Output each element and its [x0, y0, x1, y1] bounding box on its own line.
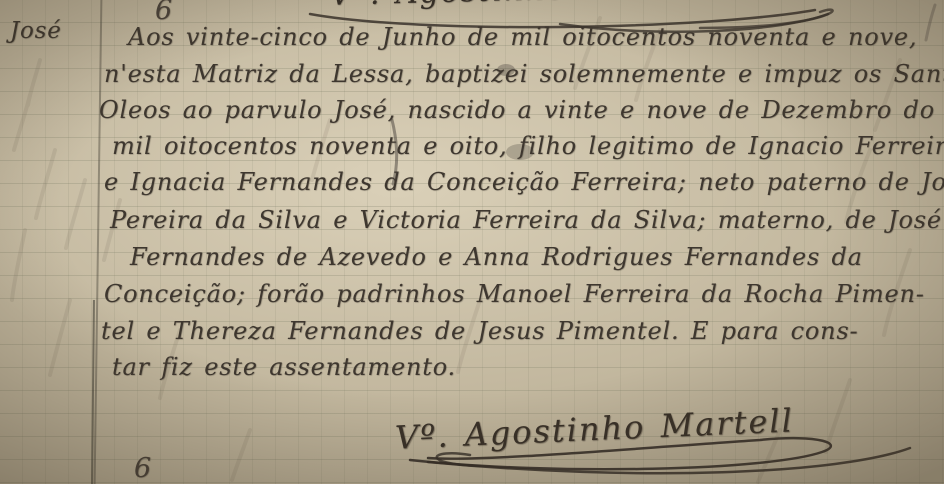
baptism-register-page: José 6 6 Vº. Agostinho Martell Aos vinte… [0, 0, 944, 484]
record-line-7: Fernandes de Azevedo e Anna Rodrigues Fe… [130, 240, 863, 274]
record-line-8: Conceição; forão padrinhos Manoel Ferrei… [104, 277, 925, 311]
record-line-9: tel e Thereza Fernandes de Jesus Pimente… [101, 314, 858, 348]
record-line-1: Aos vinte-cinco de Junho de mil oitocent… [128, 20, 917, 54]
record-line-3: Oleos ao parvulo José, nascido a vinte e… [99, 93, 944, 127]
margin-entry-name: José [10, 14, 62, 48]
record-line-4: mil oitocentos noventa e oito, filho leg… [112, 129, 944, 163]
previous-entry-signature-partial: Vº. Agostinho Martell [330, 0, 708, 13]
margin-rule-line [94, 0, 102, 484]
record-line-6: Pereira da Silva e Victoria Ferreira da … [110, 203, 942, 237]
record-line-2: n'esta Matriz da Lessa, baptizei solemne… [104, 57, 944, 91]
record-line-10: tar fiz este assentamento. [112, 350, 456, 384]
priest-signature: Vº. Agostinho Martell [394, 403, 794, 454]
entry-flourish-mark-bottom: 6 [134, 452, 152, 484]
record-line-5: e Ignacia Fernandes da Conceição Ferreir… [104, 165, 944, 199]
